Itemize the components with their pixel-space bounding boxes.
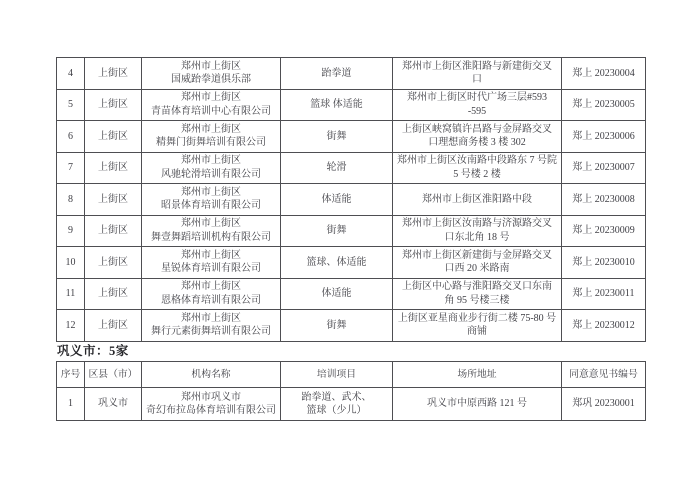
header-org-name: 机构名称 — [142, 362, 281, 388]
address-line: 上街区中心路与淮阳路交叉口东南 — [395, 280, 559, 294]
table-row: 7 上街区 郑州市上街区风驰轮滑培训有限公司 轮滑 郑州市上街区汝南路中段路东 … — [57, 152, 646, 184]
table-row: 5 上街区 郑州市上街区青苗体育培训中心有限公司 篮球 体适能 郑州市上街区时代… — [57, 89, 646, 121]
table-row: 4 上街区 郑州市上街区国威跆拳道俱乐部 跆拳道 郑州市上街区淮阳路与新建街交叉… — [57, 58, 646, 90]
cell-serial: 11 — [57, 278, 85, 310]
cell-programs: 轮滑 — [281, 152, 393, 184]
cell-org-name: 郑州市上街区恩格体育培训有限公司 — [142, 278, 281, 310]
org-name-line: 昭景体育培训有限公司 — [144, 199, 278, 213]
cell-district: 上街区 — [85, 247, 142, 279]
cell-approval-code: 郑上 20230010 — [562, 247, 646, 279]
cell-district: 上街区 — [85, 89, 142, 121]
table-row: 6 上街区 郑州市上街区精舞门街舞培训有限公司 街舞 上街区峡窝镇许昌路与金屏路… — [57, 121, 646, 153]
cell-approval-code: 郑上 20230008 — [562, 184, 646, 216]
org-name-line: 国威跆拳道俱乐部 — [144, 73, 278, 87]
cell-district: 上街区 — [85, 310, 142, 342]
address-line: 口理想商务楼 3 楼 302 — [395, 136, 559, 150]
cell-org-name: 郑州市巩义市奇幻布拉岛体育培训有限公司 — [142, 388, 281, 421]
cell-programs: 篮球 体适能 — [281, 89, 393, 121]
cell-serial: 6 — [57, 121, 85, 153]
cell-address: 郑州市上街区新建街与金屏路交叉口西 20 米路南 — [393, 247, 562, 279]
org-name-line: 星锐体育培训有限公司 — [144, 262, 278, 276]
cell-programs: 体适能 — [281, 278, 393, 310]
header-programs: 培训项目 — [281, 362, 393, 388]
cell-district: 上街区 — [85, 152, 142, 184]
cell-programs: 街舞 — [281, 215, 393, 247]
address-line: 口东北角 18 号 — [395, 231, 559, 245]
org-name-line: 风驰轮滑培训有限公司 — [144, 168, 278, 182]
org-name-line: 郑州市上街区 — [144, 91, 278, 105]
table-row: 10 上街区 郑州市上街区星锐体育培训有限公司 篮球、体适能 郑州市上街区新建街… — [57, 247, 646, 279]
cell-address: 郑州市上街区汝南路中段路东 7 号院5 号楼 2 楼 — [393, 152, 562, 184]
org-name-line: 青苗体育培训中心有限公司 — [144, 105, 278, 119]
org-name-line: 郑州市上街区 — [144, 217, 278, 231]
cell-address: 上街区亚星商业步行街二楼 75-80 号商铺 — [393, 310, 562, 342]
address-line: 郑州市上街区汝南路中段路东 7 号院 — [395, 154, 559, 168]
cell-district: 上街区 — [85, 278, 142, 310]
table-row: 8 上街区 郑州市上街区昭景体育培训有限公司 体适能 郑州市上街区淮阳路中段 郑… — [57, 184, 646, 216]
cell-org-name: 郑州市上街区昭景体育培训有限公司 — [142, 184, 281, 216]
cell-serial: 8 — [57, 184, 85, 216]
org-name-line: 精舞门街舞培训有限公司 — [144, 136, 278, 150]
address-line: 上街区峡窝镇许昌路与金屏路交叉 — [395, 123, 559, 137]
address-line: 郑州市上街区新建街与金屏路交叉 — [395, 249, 559, 263]
cell-approval-code: 郑上 20230004 — [562, 58, 646, 90]
gongyi-city-table: 序号 区县（市） 机构名称 培训项目 场所地址 同意意见书编号 1 巩义市 郑州… — [56, 361, 646, 421]
org-name-line: 郑州市上街区 — [144, 123, 278, 137]
address-line: 郑州市上街区汝南路与济源路交叉 — [395, 217, 559, 231]
programs-line: 篮球（少儿） — [283, 404, 390, 418]
cell-approval-code: 郑上 20230011 — [562, 278, 646, 310]
cell-programs: 街舞 — [281, 121, 393, 153]
cell-serial: 1 — [57, 388, 85, 421]
org-name-line: 郑州市上街区 — [144, 60, 278, 74]
table-row: 9 上街区 郑州市上街区舞壹舞蹈培训机构有限公司 街舞 郑州市上街区汝南路与济源… — [57, 215, 646, 247]
org-name-line: 郑州市巩义市 — [144, 391, 278, 405]
cell-district: 上街区 — [85, 121, 142, 153]
org-name-line: 舞壹舞蹈培训机构有限公司 — [144, 231, 278, 245]
org-name-line: 恩格体育培训有限公司 — [144, 294, 278, 308]
table-row: 11 上街区 郑州市上街区恩格体育培训有限公司 体适能 上街区中心路与淮阳路交叉… — [57, 278, 646, 310]
cell-serial: 12 — [57, 310, 85, 342]
cell-approval-code: 郑巩 20230001 — [562, 388, 646, 421]
cell-programs: 街舞 — [281, 310, 393, 342]
cell-address: 上街区峡窝镇许昌路与金屏路交叉口理想商务楼 3 楼 302 — [393, 121, 562, 153]
cell-approval-code: 郑上 20230006 — [562, 121, 646, 153]
document-page: 4 上街区 郑州市上街区国威跆拳道俱乐部 跆拳道 郑州市上街区淮阳路与新建街交叉… — [0, 0, 690, 488]
shangjie-district-table: 4 上街区 郑州市上街区国威跆拳道俱乐部 跆拳道 郑州市上街区淮阳路与新建街交叉… — [56, 57, 646, 342]
cell-org-name: 郑州市上街区舞行元素街舞培训有限公司 — [142, 310, 281, 342]
cell-address: 郑州市上街区淮阳路与新建街交叉口 — [393, 58, 562, 90]
cell-serial: 9 — [57, 215, 85, 247]
cell-address: 上街区中心路与淮阳路交叉口东南角 95 号楼三楼 — [393, 278, 562, 310]
org-name-line: 郑州市上街区 — [144, 312, 278, 326]
cell-serial: 10 — [57, 247, 85, 279]
org-name-line: 郑州市上街区 — [144, 186, 278, 200]
cell-serial: 7 — [57, 152, 85, 184]
org-name-line: 郑州市上街区 — [144, 280, 278, 294]
cell-approval-code: 郑上 20230012 — [562, 310, 646, 342]
cell-address: 郑州市上街区淮阳路中段 — [393, 184, 562, 216]
table-row: 1 巩义市 郑州市巩义市奇幻布拉岛体育培训有限公司 跆拳道、武术、篮球（少儿） … — [57, 388, 646, 421]
address-line: 郑州市上街区时代广场三层#593 — [395, 91, 559, 105]
cell-address: 郑州市上街区汝南路与济源路交叉口东北角 18 号 — [393, 215, 562, 247]
cell-serial: 5 — [57, 89, 85, 121]
cell-serial: 4 — [57, 58, 85, 90]
cell-district: 上街区 — [85, 215, 142, 247]
cell-approval-code: 郑上 20230005 — [562, 89, 646, 121]
cell-org-name: 郑州市上街区风驰轮滑培训有限公司 — [142, 152, 281, 184]
cell-programs: 跆拳道 — [281, 58, 393, 90]
cell-org-name: 郑州市上街区精舞门街舞培训有限公司 — [142, 121, 281, 153]
cell-district: 上街区 — [85, 58, 142, 90]
section-heading-gongyi: 巩义市：5家 — [57, 343, 129, 359]
cell-org-name: 郑州市上街区舞壹舞蹈培训机构有限公司 — [142, 215, 281, 247]
address-line: 郑州市上街区淮阳路与新建街交叉 — [395, 60, 559, 74]
header-approval-code: 同意意见书编号 — [562, 362, 646, 388]
address-line: 口西 20 米路南 — [395, 262, 559, 276]
org-name-line: 奇幻布拉岛体育培训有限公司 — [144, 404, 278, 418]
address-line: -595 — [395, 105, 559, 119]
cell-approval-code: 郑上 20230009 — [562, 215, 646, 247]
cell-programs: 跆拳道、武术、篮球（少儿） — [281, 388, 393, 421]
header-serial: 序号 — [57, 362, 85, 388]
address-line: 角 95 号楼三楼 — [395, 294, 559, 308]
header-district: 区县（市） — [85, 362, 142, 388]
cell-programs: 体适能 — [281, 184, 393, 216]
cell-approval-code: 郑上 20230007 — [562, 152, 646, 184]
cell-address: 郑州市上街区时代广场三层#593-595 — [393, 89, 562, 121]
address-line: 郑州市上街区淮阳路中段 — [395, 193, 559, 207]
cell-address: 巩义市中原西路 121 号 — [393, 388, 562, 421]
programs-line: 跆拳道、武术、 — [283, 391, 390, 405]
cell-district: 巩义市 — [85, 388, 142, 421]
cell-org-name: 郑州市上街区星锐体育培训有限公司 — [142, 247, 281, 279]
cell-district: 上街区 — [85, 184, 142, 216]
org-name-line: 舞行元素街舞培训有限公司 — [144, 325, 278, 339]
cell-org-name: 郑州市上街区国威跆拳道俱乐部 — [142, 58, 281, 90]
header-address: 场所地址 — [393, 362, 562, 388]
table-row: 12 上街区 郑州市上街区舞行元素街舞培训有限公司 街舞 上街区亚星商业步行街二… — [57, 310, 646, 342]
address-line: 商铺 — [395, 325, 559, 339]
org-name-line: 郑州市上街区 — [144, 249, 278, 263]
address-line: 上街区亚星商业步行街二楼 75-80 号 — [395, 312, 559, 326]
cell-programs: 篮球、体适能 — [281, 247, 393, 279]
cell-org-name: 郑州市上街区青苗体育培训中心有限公司 — [142, 89, 281, 121]
address-line: 口 — [395, 73, 559, 87]
address-line: 5 号楼 2 楼 — [395, 168, 559, 182]
org-name-line: 郑州市上街区 — [144, 154, 278, 168]
table-header-row: 序号 区县（市） 机构名称 培训项目 场所地址 同意意见书编号 — [57, 362, 646, 388]
